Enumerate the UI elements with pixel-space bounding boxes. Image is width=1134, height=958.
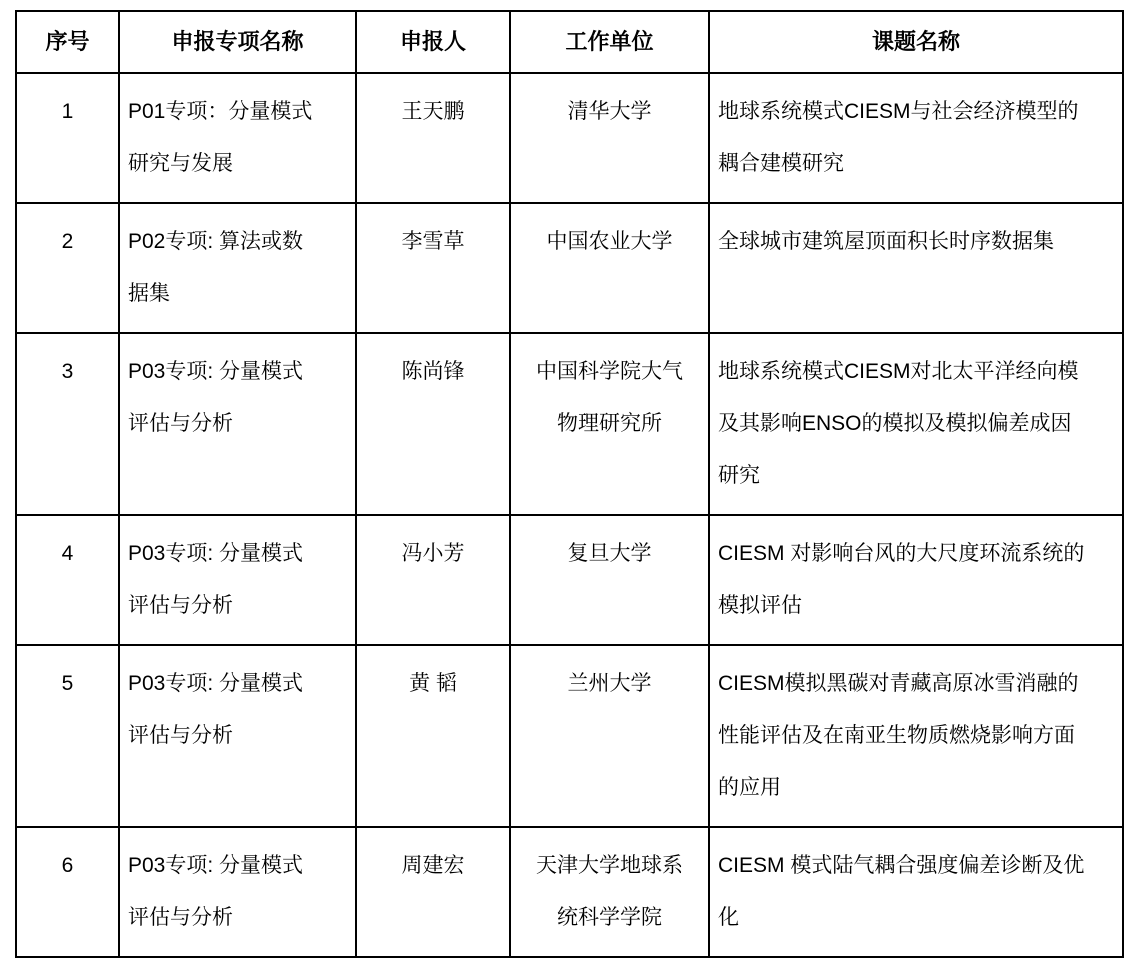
table-row: 3 P03专项: 分量模式 评估与分析 陈尚锋 中国科学院大气 物理研究所 地球… xyxy=(16,333,1123,515)
cell-applicant: 李雪草 xyxy=(356,203,510,333)
cell-applicant: 黄 韬 xyxy=(356,645,510,827)
cell-organization: 清华大学 xyxy=(510,73,709,203)
cell-applicant: 陈尚锋 xyxy=(356,333,510,515)
table-row: 1 P01专项：分量模式 研究与发展 王天鹏 清华大学 地球系统模式CIESM与… xyxy=(16,73,1123,203)
cell-organization: 中国农业大学 xyxy=(510,203,709,333)
col-header-index: 序号 xyxy=(16,11,119,73)
table-row: 6 P03专项: 分量模式 评估与分析 周建宏 天津大学地球系 统科学学院 CI… xyxy=(16,827,1123,957)
cell-applicant: 冯小芳 xyxy=(356,515,510,645)
cell-topic: CIESM模拟黑碳对青藏高原冰雪消融的 性能评估及在南亚生物质燃烧影响方面 的应… xyxy=(709,645,1123,827)
document-page: 序号 申报专项名称 申报人 工作单位 课题名称 1 P01专项：分量模式 研究与… xyxy=(0,0,1134,944)
cell-topic: 地球系统模式CIESM与社会经济模型的 耦合建模研究 xyxy=(709,73,1123,203)
cell-project: P01专项：分量模式 研究与发展 xyxy=(119,73,356,203)
cell-organization: 天津大学地球系 统科学学院 xyxy=(510,827,709,957)
cell-index: 5 xyxy=(16,645,119,827)
col-header-project: 申报专项名称 xyxy=(119,11,356,73)
cell-project: P03专项: 分量模式 评估与分析 xyxy=(119,827,356,957)
cell-project: P02专项: 算法或数 据集 xyxy=(119,203,356,333)
cell-index: 6 xyxy=(16,827,119,957)
cell-index: 1 xyxy=(16,73,119,203)
cell-project: P03专项: 分量模式 评估与分析 xyxy=(119,645,356,827)
cell-topic: CIESM 对影响台风的大尺度环流系统的 模拟评估 xyxy=(709,515,1123,645)
header-row: 序号 申报专项名称 申报人 工作单位 课题名称 xyxy=(16,11,1123,73)
cell-organization: 中国科学院大气 物理研究所 xyxy=(510,333,709,515)
cell-project: P03专项: 分量模式 评估与分析 xyxy=(119,333,356,515)
cell-applicant: 王天鹏 xyxy=(356,73,510,203)
table-row: 4 P03专项: 分量模式 评估与分析 冯小芳 复旦大学 CIESM 对影响台风… xyxy=(16,515,1123,645)
cell-topic: 全球城市建筑屋顶面积长时序数据集 xyxy=(709,203,1123,333)
applications-table: 序号 申报专项名称 申报人 工作单位 课题名称 1 P01专项：分量模式 研究与… xyxy=(15,10,1124,958)
cell-index: 3 xyxy=(16,333,119,515)
cell-organization: 复旦大学 xyxy=(510,515,709,645)
cell-project: P03专项: 分量模式 评估与分析 xyxy=(119,515,356,645)
col-header-organization: 工作单位 xyxy=(510,11,709,73)
cell-organization: 兰州大学 xyxy=(510,645,709,827)
cell-topic: 地球系统模式CIESM对北太平洋经向模 及其影响ENSO的模拟及模拟偏差成因 研… xyxy=(709,333,1123,515)
table-row: 5 P03专项: 分量模式 评估与分析 黄 韬 兰州大学 CIESM模拟黑碳对青… xyxy=(16,645,1123,827)
cell-index: 4 xyxy=(16,515,119,645)
cell-applicant: 周建宏 xyxy=(356,827,510,957)
col-header-topic: 课题名称 xyxy=(709,11,1123,73)
col-header-applicant: 申报人 xyxy=(356,11,510,73)
table-row: 2 P02专项: 算法或数 据集 李雪草 中国农业大学 全球城市建筑屋顶面积长时… xyxy=(16,203,1123,333)
cell-topic: CIESM 模式陆气耦合强度偏差诊断及优 化 xyxy=(709,827,1123,957)
cell-index: 2 xyxy=(16,203,119,333)
